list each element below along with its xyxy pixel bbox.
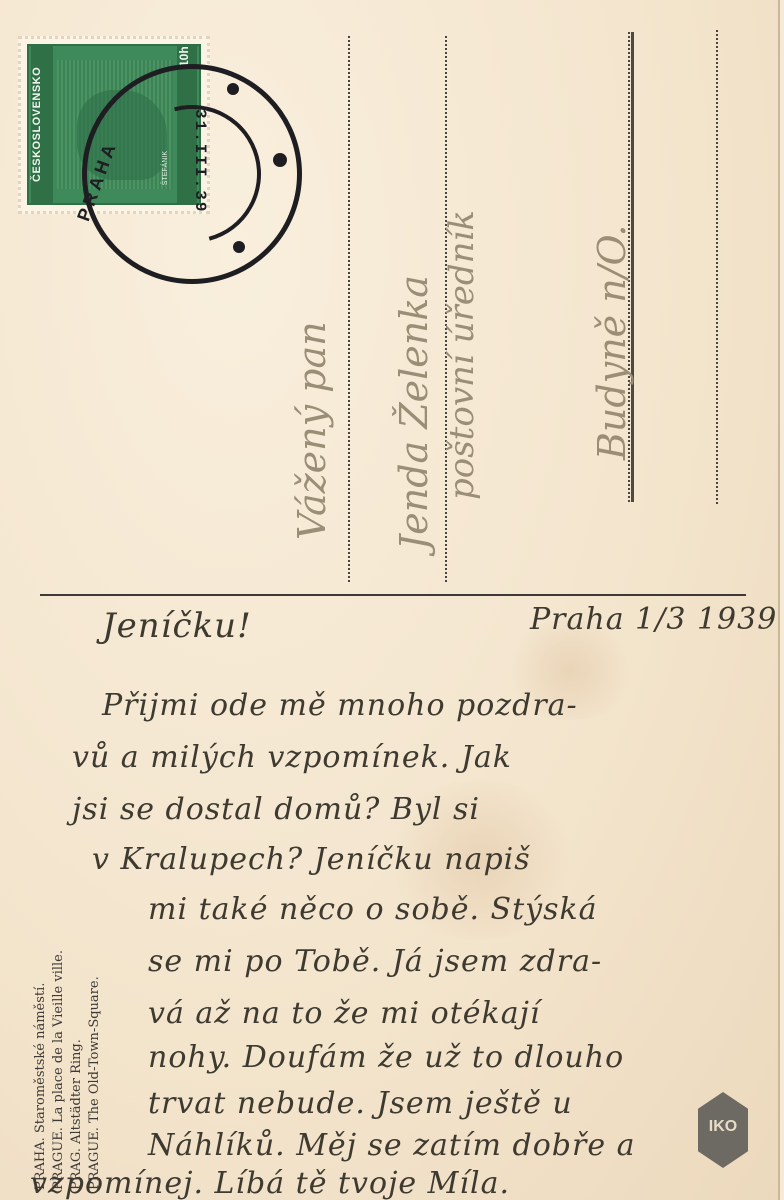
address-recipient-name: Jenda Želenka bbox=[392, 120, 436, 550]
publisher-logo-text: IKO bbox=[698, 1118, 748, 1136]
postcard: ČESKOSLOVENSKO ŠTEFÁNIK 10h PRAHA 31.III… bbox=[0, 0, 780, 1200]
caption-line: PRAHA. Staroměstské náměstí. bbox=[32, 950, 50, 1190]
letter-line: mi také něco o sobě. Stýská bbox=[148, 892, 598, 927]
letter-place-date: Praha 1/3 1939 bbox=[530, 602, 777, 637]
stamp-country: ČESKOSLOVENSKO bbox=[31, 46, 53, 203]
letter-line: v Kralupech? Jeníčku napiš bbox=[92, 842, 531, 877]
letter-line: vá až na to že mi otékají bbox=[148, 996, 541, 1031]
address-salutation: Vážený pan bbox=[290, 230, 334, 540]
postmark: PRAHA 31.III.39 bbox=[82, 64, 302, 284]
address-dotted-line bbox=[348, 36, 350, 582]
address-dotted-line bbox=[716, 30, 718, 504]
letter-line: se mi po Tobě. Já jsem zdra- bbox=[148, 944, 602, 979]
caption-line: PRAG. Altstädter Ring. bbox=[68, 950, 86, 1190]
postmark-dot-icon bbox=[273, 153, 287, 167]
caption-line: PRAGUE. The Old-Town-Square. bbox=[86, 950, 104, 1190]
printed-caption: PRAHA. Staroměstské náměstí. PRAGUE. La … bbox=[32, 950, 104, 1190]
postmark-date: 31.III.39 bbox=[191, 109, 209, 213]
publisher-logo-icon: IKO bbox=[698, 1092, 748, 1168]
letter-line: nohy. Doufám že už to dlouho bbox=[148, 1040, 624, 1075]
letter-line: jsi se dostal domů? Byl si bbox=[72, 792, 480, 827]
letter-line: Náhlíků. Měj se zatím dobře a bbox=[148, 1128, 636, 1163]
letter-line: vů a milých vzpomínek. Jak bbox=[72, 740, 512, 775]
letter-line: Přijmi ode mě mnoho pozdra- bbox=[102, 688, 578, 723]
letter-line: trvat nebude. Jsem ještě u bbox=[148, 1086, 573, 1121]
letter-greeting: Jeníčku! bbox=[102, 606, 252, 646]
address-place: Budyně n/O. bbox=[590, 90, 634, 460]
postmark-star-icon bbox=[227, 83, 239, 95]
divider-line bbox=[40, 594, 746, 596]
caption-line: PRAGUE. La place de la Vieille ville. bbox=[50, 950, 68, 1190]
address-recipient-title: poštovní úředník bbox=[442, 30, 482, 500]
postmark-star-icon bbox=[233, 241, 245, 253]
